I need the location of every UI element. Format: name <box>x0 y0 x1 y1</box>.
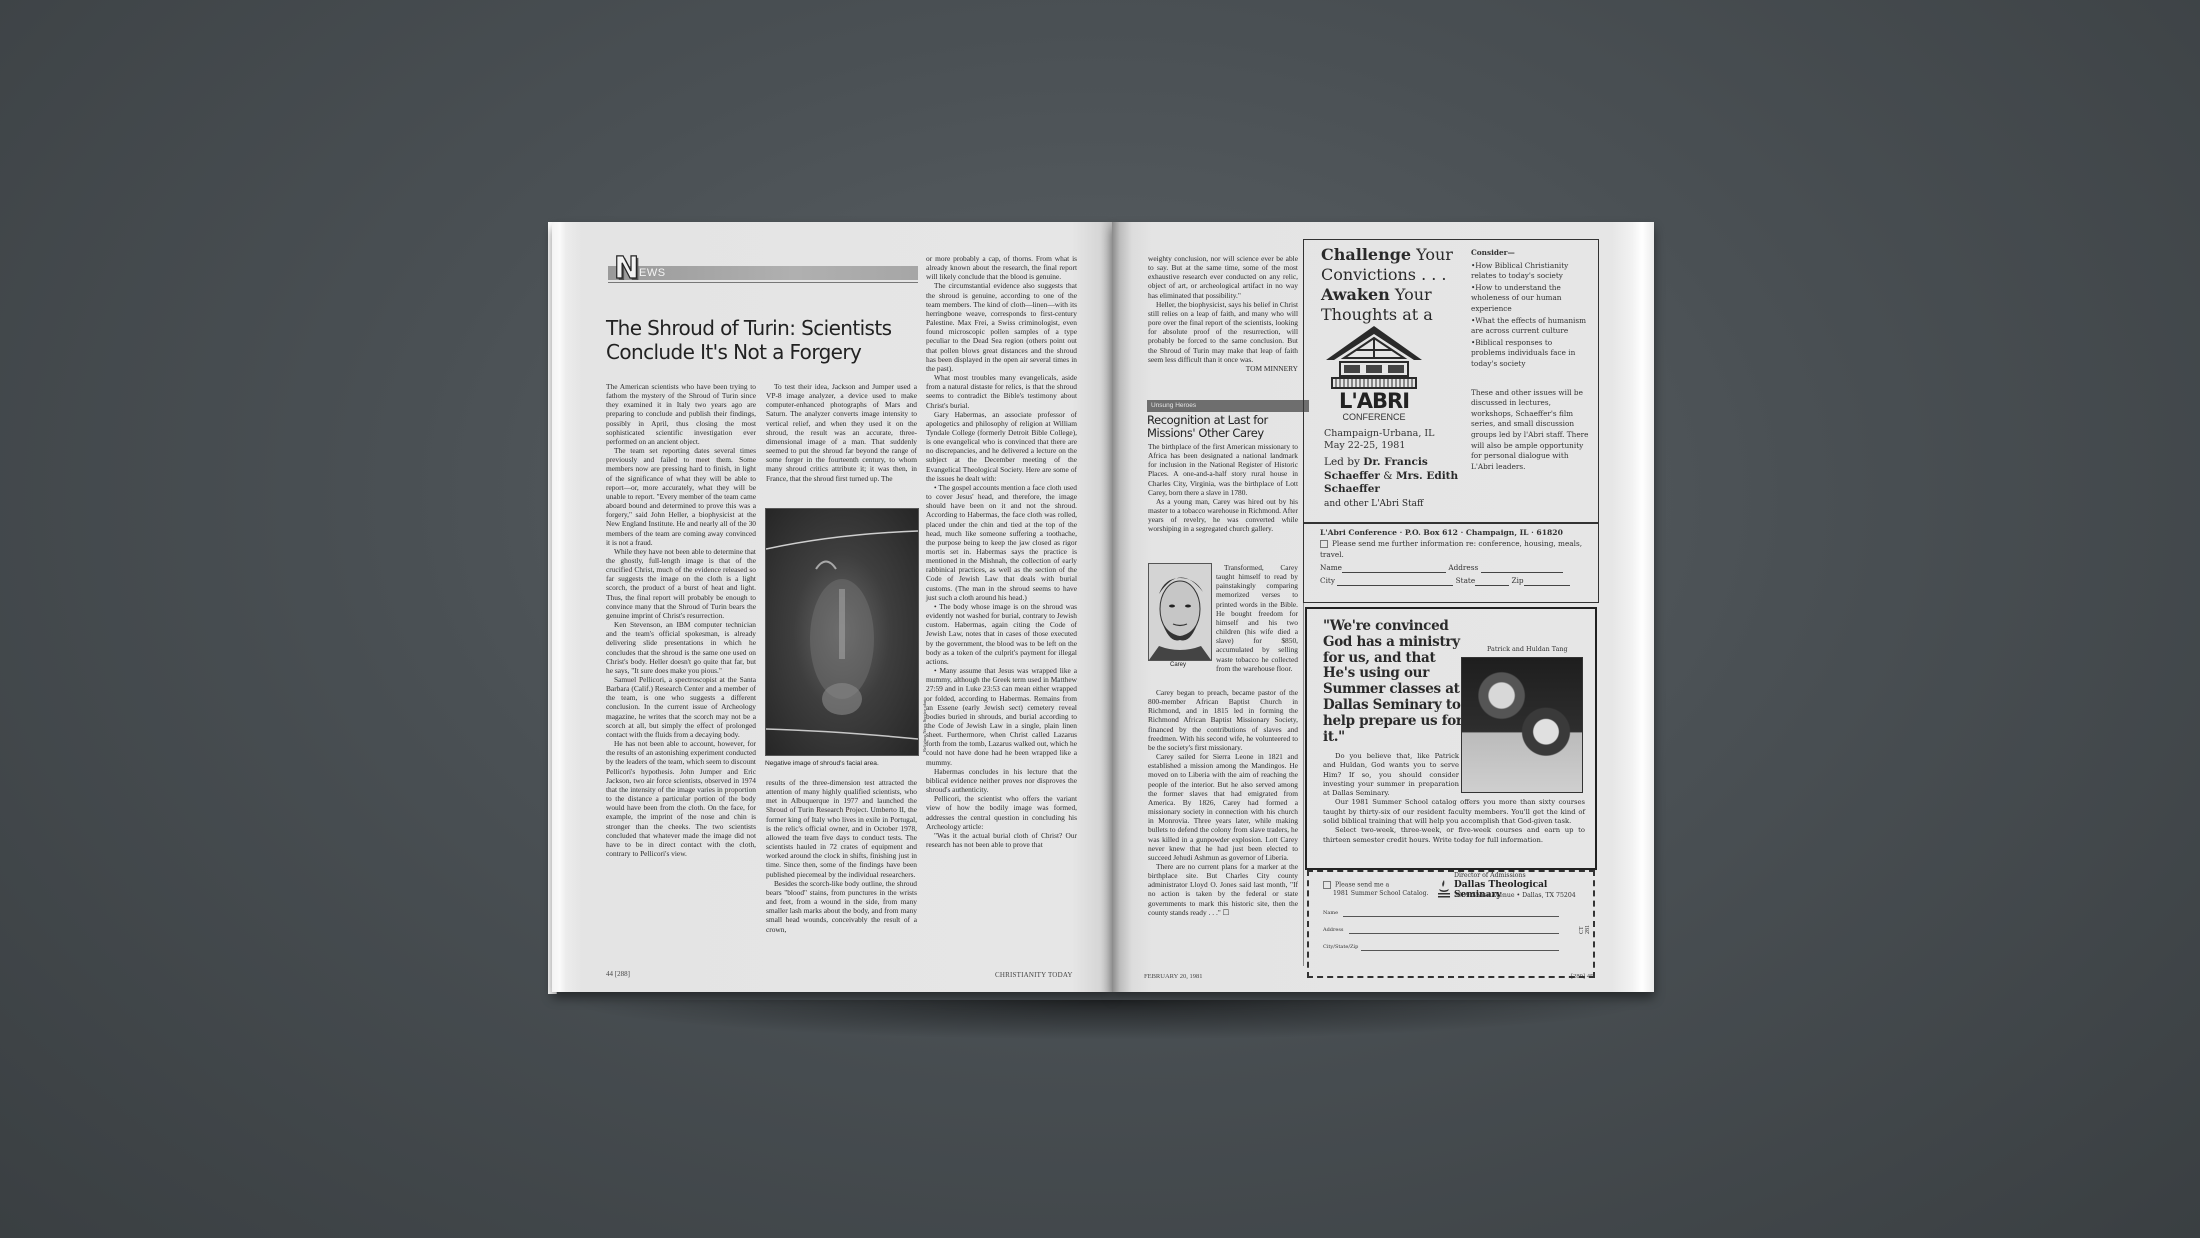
paragraph: What most troubles many evangelicals, as… <box>926 373 1077 410</box>
consider-list: Consider— •How Biblical Christianity rel… <box>1471 248 1589 472</box>
photo-names: Patrick and Huldan Tang <box>1487 645 1568 653</box>
article-column-2-bottom: results of the three-dimension test attr… <box>766 778 917 934</box>
carey-portrait <box>1148 563 1212 661</box>
paragraph: The team set reporting dates several tim… <box>606 446 756 547</box>
consider-heading: Consider— <box>1471 248 1589 259</box>
coupon-address-label: Address <box>1323 927 1344 933</box>
coupon-address-field[interactable] <box>1349 933 1559 934</box>
sidebar-wrap-text: Transformed, Carey taught himself to rea… <box>1216 563 1298 673</box>
address-field[interactable] <box>1481 564 1563 573</box>
paragraph: or more probably a cap, of thorns. From … <box>926 254 1077 281</box>
coupon-name-label: Name <box>1323 910 1338 916</box>
consider-paragraph: These and other issues will be discussed… <box>1471 388 1589 473</box>
catalog-request-checkbox[interactable] <box>1323 881 1331 889</box>
byline: TOM MINNERY <box>1148 364 1298 373</box>
city-field[interactable] <box>1337 577 1453 586</box>
state-field[interactable] <box>1475 577 1509 586</box>
sidebar-headline: Recognition at Last for Missions' Other … <box>1147 414 1317 440</box>
paragraph: results of the three-dimension test attr… <box>766 778 917 879</box>
continued-column: weighty conclusion, nor will science eve… <box>1148 254 1298 373</box>
led-by-prefix: Led by <box>1324 456 1363 468</box>
coupon-citystatezip-label: City/State/Zip <box>1323 944 1358 950</box>
ad-divider <box>1304 522 1598 524</box>
headline-text-1: Your <box>1411 245 1453 264</box>
checkbox-label-2: 1981 Summer School Catalog. <box>1323 890 1429 897</box>
paragraph: Habermas concludes in his lecture that t… <box>926 767 1077 794</box>
name-field-label: Name <box>1320 563 1342 572</box>
coupon-name-field[interactable] <box>1343 916 1559 917</box>
photo-caption: Negative image of shroud's facial area. <box>765 760 879 767</box>
paragraph: • The body whose image is on the shroud … <box>926 602 1077 666</box>
sidebar-intro: The birthplace of the first American mis… <box>1148 442 1298 534</box>
page-number-left: 44 [288] <box>606 970 630 978</box>
name-field[interactable] <box>1342 564 1446 573</box>
portrait-caption: Carey <box>1170 662 1186 668</box>
headline-text-3: Your <box>1390 285 1432 304</box>
seminary-lamp-icon <box>1437 880 1451 898</box>
headline-bold-3: Awaken <box>1321 285 1390 304</box>
checkbox-label: Please send me further information re: c… <box>1320 539 1582 559</box>
mailing-address: L'Abri Conference · P.O. Box 612 · Champ… <box>1320 527 1590 538</box>
checkbox-label-1: Please send me a <box>1335 882 1389 889</box>
issue-date-folio: FEBRUARY 20, 1981 <box>1144 973 1202 980</box>
paragraph: • The gospel accounts mention a face clo… <box>926 483 1077 602</box>
consider-bullet: •How to understand the wholeness of our … <box>1471 283 1589 315</box>
paragraph: weighty conclusion, nor will science eve… <box>1148 254 1298 300</box>
paragraph: As a young man, Carey was hired out by h… <box>1148 497 1298 534</box>
sidebar-body: Carey began to preach, became pastor of … <box>1148 688 1298 917</box>
led-by-suffix: and other L'Abri Staff <box>1324 499 1423 509</box>
news-section-label: EWS <box>639 266 666 280</box>
conference-location: Champaign-Urbana, IL May 22-25, 1981 <box>1324 428 1434 452</box>
article-column-3: or more probably a cap, of thorns. From … <box>926 254 1077 849</box>
paragraph: The birthplace of the first American mis… <box>1148 442 1298 497</box>
labri-logo-text: L'ABRI <box>1326 390 1422 412</box>
sidebar-label: Unsung Heroes <box>1147 400 1309 412</box>
ampersand: & <box>1380 470 1396 482</box>
headline-text-2: Convictions . . . <box>1321 265 1447 284</box>
headline-text-4: Thoughts at a <box>1321 305 1433 324</box>
article-column-2-top: To test their idea, Jackson and Jumper u… <box>766 382 917 483</box>
coupon-checkbox-row: Please send me a 1981 Summer School Cata… <box>1323 881 1429 898</box>
paragraph: There are no current plans for a marker … <box>1148 862 1298 917</box>
paragraph: Besides the scorch-like body outline, th… <box>766 879 917 934</box>
news-section-rule <box>608 282 918 283</box>
catalog-request-coupon: Please send me a 1981 Summer School Cata… <box>1307 870 1595 978</box>
paragraph: • Many assume that Jesus was wrapped lik… <box>926 666 1077 767</box>
info-request-checkbox[interactable] <box>1320 540 1328 548</box>
zip-field-label: Zip <box>1512 576 1524 585</box>
coupon-code: CT 281 <box>1579 920 1591 934</box>
shroud-face-photo <box>765 508 919 756</box>
state-field-label: State <box>1456 576 1476 585</box>
consider-bullet: •Biblical responses to problems individu… <box>1471 338 1589 370</box>
paragraph: Pellicori, the scientist who offers the … <box>926 794 1077 831</box>
paragraph: Carey sailed for Sierra Leone in 1821 an… <box>1148 752 1298 862</box>
paragraph: Gary Habermas, an associate professor of… <box>926 410 1077 483</box>
city-field-label: City <box>1320 576 1335 585</box>
consider-bullet: •How Biblical Christianity relates to to… <box>1471 261 1589 282</box>
coupon-citystatezip-field[interactable] <box>1361 950 1559 951</box>
testimonial-quote: "We're convinced God has a ministry for … <box>1323 619 1463 745</box>
director-label: Director of Admissions <box>1454 872 1526 880</box>
paragraph: Ken Stevenson, an IBM computer technicia… <box>606 620 756 675</box>
paragraph: The circumstantial evidence also suggest… <box>926 281 1077 373</box>
dallas-seminary-ad: "We're convinced God has a ministry for … <box>1305 607 1597 870</box>
headline-bold-1: Challenge <box>1321 245 1411 264</box>
paragraph: "Was it the actual burial cloth of Chris… <box>926 831 1077 849</box>
zip-field[interactable] <box>1524 577 1570 586</box>
carey-portrait-image <box>1149 564 1211 660</box>
paragraph: The American scientists who have been tr… <box>606 382 756 446</box>
paragraph: He has not been able to account, however… <box>606 739 756 858</box>
labri-logo-subtext: CONFERENCE <box>1326 412 1422 422</box>
paragraph: Samuel Pellicori, a spectroscopist at th… <box>606 675 756 739</box>
paragraph: Heller, the biophysicist, says his belie… <box>1148 300 1298 364</box>
ad-body: Do you believe that, like Patrick and Hu… <box>1323 752 1585 845</box>
conference-dates: May 22-25, 1981 <box>1324 440 1434 452</box>
location-text: Champaign-Urbana, IL <box>1324 428 1434 440</box>
paragraph: While they have not been able to determi… <box>606 547 756 620</box>
article-column-1: The American scientists who have been tr… <box>606 382 756 858</box>
article-headline: The Shroud of Turin: Scientists Conclude… <box>606 316 926 364</box>
shroud-face-image <box>766 509 918 755</box>
labri-conference-ad: Challenge Your Convictions . . . Awaken … <box>1303 239 1599 603</box>
consider-bullet: •What the effects of humanism are across… <box>1471 316 1589 337</box>
paragraph: Do you believe that, like Patrick and Hu… <box>1323 752 1459 798</box>
spread-shadow <box>560 1000 1660 1040</box>
paragraph: Transformed, Carey taught himself to rea… <box>1216 563 1298 673</box>
ad-headline: Challenge Your Convictions . . . Awaken … <box>1321 245 1471 325</box>
conference-leaders: Led by Dr. Francis Schaeffer & Mrs. Edit… <box>1324 456 1464 511</box>
paragraph: Carey began to preach, became pastor of … <box>1148 688 1298 752</box>
news-section-initial: N <box>614 254 639 284</box>
address-field-label: Address <box>1448 563 1478 572</box>
paragraph: Select two-week, three-week, or five-wee… <box>1323 826 1585 845</box>
labri-reply-form: L'Abri Conference · P.O. Box 612 · Champ… <box>1320 527 1590 586</box>
paragraph: Our 1981 Summer School catalog offers yo… <box>1323 798 1585 826</box>
paragraph: To test their idea, Jackson and Jumper u… <box>766 382 917 483</box>
seminary-address: 3909 Swiss Avenue • Dallas, TX 75204 <box>1454 892 1576 900</box>
magazine-name-folio: CHRISTIANITY TODAY <box>995 971 1073 979</box>
